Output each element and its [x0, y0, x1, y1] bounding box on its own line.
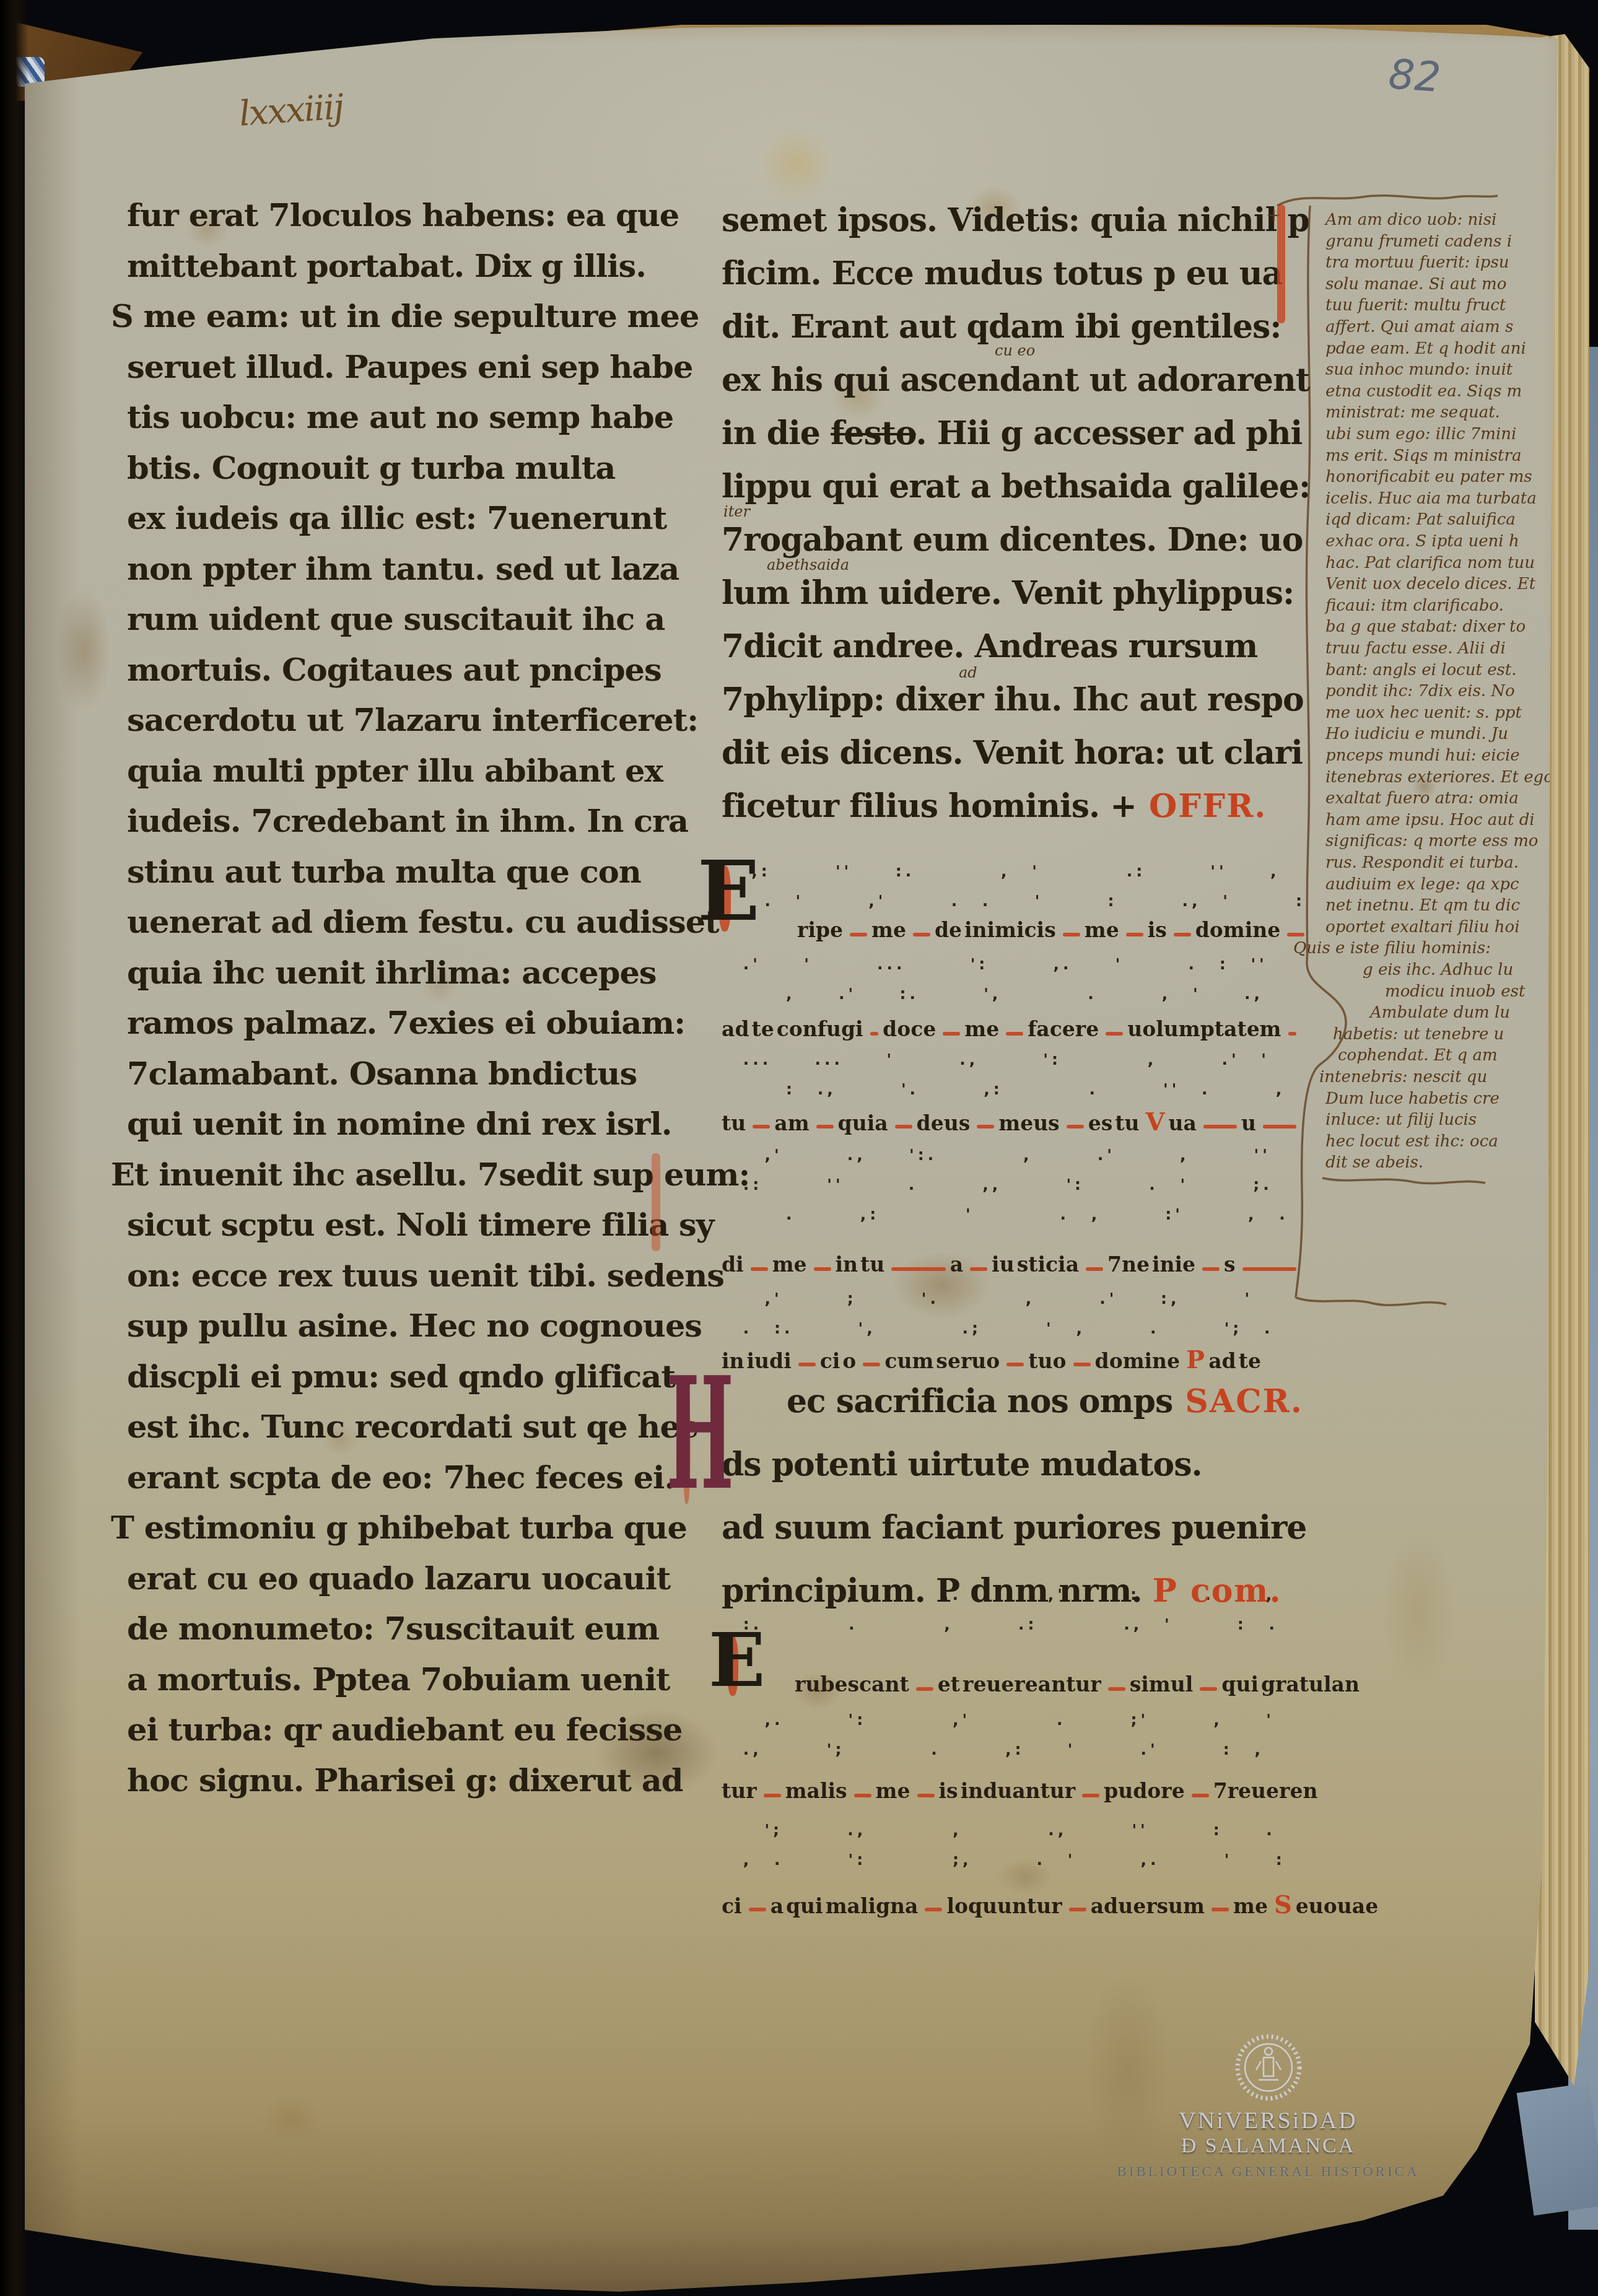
red-extender-line [1073, 1363, 1091, 1366]
red-extender-line [943, 1032, 960, 1036]
chant-rubric-letter: V [1146, 1107, 1165, 1137]
chant-word: iudi [747, 1349, 792, 1373]
neume-row: :. . , .: ., ' : . [722, 1615, 1301, 1645]
gloss-line: Venit uox decelo dices. Et [1325, 575, 1535, 593]
chant-word: pudore [1104, 1779, 1185, 1803]
text-run: ex his qui ascendant ut adorarent [722, 361, 1310, 399]
red-extender-line [1069, 1908, 1086, 1911]
interlinear-gloss: abethsaida [767, 556, 849, 574]
chant-word: o [842, 1349, 856, 1373]
gospel-line-left: de monumeto: 7suscitauit eum [127, 1610, 659, 1648]
chant-text-line: iniudiciocumseruotuodominePadte [722, 1345, 1301, 1374]
gloss-line: significas: q morte ess mo [1325, 832, 1539, 850]
chant-word: a [950, 1252, 963, 1277]
chant-word: me [1233, 1894, 1268, 1918]
watermark-line2: Ð SALAMANCA [1109, 2134, 1428, 2158]
communion-system: ,. ': ,' . ;' , ' ., '; . ,: ' .' : , tu… [722, 1711, 1301, 1803]
gospel-line-left: on: ecce rex tuus uenit tibi. sedens [127, 1257, 724, 1294]
gospel-line-left: sicut scptu est. Noli timere filia sy [127, 1207, 714, 1244]
chant-text-line: ciaquimalignaloquunturaduersummeSeuouae [722, 1890, 1301, 1919]
stain-spot [56, 588, 111, 712]
chant-word: qui [1221, 1672, 1259, 1696]
gloss-line: modicu inuob est [1385, 982, 1525, 1001]
stain-spot [1381, 1530, 1456, 1691]
chant-word: tuo [1028, 1349, 1066, 1373]
chant-word: ua [1169, 1111, 1197, 1135]
offertory-system: ,' ; '. , .' :, ' . :. ', .; ' , . '; . … [722, 1290, 1301, 1374]
red-extender-line [970, 1267, 987, 1271]
chant-word: confugi [777, 1017, 863, 1041]
decorated-initial-H: H [666, 1368, 734, 1501]
gloss-line: Am am dico uob: nisi [1325, 211, 1496, 229]
chant-word: u [1241, 1111, 1256, 1135]
gospel-line-left: T estimoniu g phibebat turba que [111, 1509, 687, 1547]
neume-row: ,' ; '. , .' :, ' [722, 1290, 1301, 1319]
folio-number-pencil: 82 [1387, 50, 1442, 102]
red-extender-line [753, 1125, 770, 1128]
red-extender-line [1288, 1032, 1296, 1036]
red-extender-line [816, 1125, 834, 1128]
chant-word: quia [838, 1111, 888, 1135]
manuscript-photo: lxxxiiij 82 fur erat 7loculos habens: ea… [0, 0, 1598, 2296]
gloss-line: ministrat: me sequat. [1325, 403, 1500, 422]
chant-word: uolumptatem [1127, 1017, 1281, 1041]
text-run: dit eis dicens. Venit hora: ut clari [722, 734, 1303, 772]
gloss-line: etna custodit ea. Siqs m [1325, 382, 1522, 401]
chant-word: qui [786, 1894, 823, 1918]
neume-row: ... ... ' ., ': , .' ' [722, 1050, 1301, 1080]
decorated-initial-E: E [697, 857, 760, 927]
gospel-line-left: btis. Cognouit g turba multa [127, 450, 615, 487]
chant-word: a [771, 1894, 784, 1918]
chant-word: aduersum [1091, 1894, 1205, 1918]
chant-word: induantur [961, 1779, 1076, 1803]
gospel-line-left: 7clamabant. Osanna bndictus [127, 1055, 637, 1093]
chant-word: tu [722, 1111, 746, 1135]
red-extender-line [1212, 1908, 1229, 1911]
gospel-line-left: sup pullu asine. Hec no cognoues [127, 1307, 702, 1345]
stain-spot [260, 2093, 322, 2143]
gospel-line-left: sacerdotu ut 7lazaru interficeret: [127, 702, 698, 739]
gospel-line-left: uenerat ad diem festu. cu audisset [127, 904, 719, 941]
gloss-line: pdae eam. Et q hodit ani [1325, 339, 1526, 358]
text-run: ad suum faciant puriores puenire [722, 1509, 1306, 1547]
chant-word: facere [1028, 1017, 1099, 1041]
gospel-line-left: ramos palmaz. 7exies ei obuiam: [127, 1005, 685, 1042]
chant-word: am [774, 1111, 809, 1135]
text-run: semet ipsos. Videtis: quia nichil p [722, 201, 1309, 239]
offertory-system: .' ' ... ': ,. ' . : '' , .' :. ', . , '… [722, 955, 1301, 1041]
text-run: ds potenti uirtute mudatos. [722, 1446, 1202, 1483]
chant-text-line: rubescantetreuereantursimulquigratulan [795, 1672, 1301, 1696]
red-extender-line [1242, 1267, 1296, 1271]
gospel-line-main: ex his qui ascendant ut adorarent [722, 361, 1310, 399]
chant-word: reuereantur [963, 1672, 1101, 1696]
neume-row: : ., '. ,: . '' . , [722, 1080, 1301, 1110]
gospel-line-left: stinu aut turba multa que con [127, 853, 641, 891]
communion-system: '; ., , ., '' : . , . ': ;, . ' ,. ' : c… [722, 1821, 1301, 1919]
chant-word: deus [917, 1111, 971, 1135]
gloss-line: oportet exaltari filiu hoi [1325, 918, 1519, 936]
gloss-line: ms erit. Siqs m ministra [1325, 447, 1521, 465]
text-run: dit. Erant aut qdam ibi gentiles: [722, 308, 1281, 346]
gospel-line-left: mittebant portabat. Dix g illis. [127, 248, 646, 285]
gospel-line-left: quia multi ppter illu abibant ex [127, 753, 663, 790]
gospel-line-left: non ppter ihm tantu. sed ut laza [127, 551, 679, 588]
chant-rubric-letter: P [1186, 1345, 1205, 1374]
red-extender-line [977, 1125, 994, 1128]
red-extender-line [917, 1794, 935, 1797]
chant-word: 7reueren [1213, 1779, 1318, 1803]
chant-word: gratulan [1261, 1672, 1360, 1696]
gloss-line: cophendat. Et q am [1338, 1046, 1498, 1065]
text-run: 7dicit andree. Andreas rursum [722, 627, 1257, 665]
red-extender-line [1126, 933, 1143, 936]
gloss-line: hac. Pat clarifica nom tuu [1325, 554, 1535, 572]
offertory-system: ... ... ' ., ': , .' ' : ., '. ,: . '' .… [722, 1050, 1301, 1137]
chant-word: ci [820, 1349, 840, 1373]
chant-word: et [938, 1672, 960, 1696]
chant-word: inie [1152, 1252, 1195, 1277]
gloss-line: exhac ora. S ipta ueni h [1325, 532, 1519, 551]
red-extender-line [1192, 1794, 1209, 1797]
red-extender-line [749, 1908, 766, 1911]
red-offset-smudge [652, 1153, 660, 1251]
gospel-line-left: tis uobcu: me aut no semp habe [127, 399, 673, 436]
gloss-line: ubi sum ego: illic 7mini [1325, 425, 1516, 443]
chant-word: malis [785, 1779, 847, 1803]
rubric-red-text: SACR. [1172, 1382, 1303, 1420]
red-extender-line [925, 1908, 942, 1911]
gloss-line: ficaui: itm clarificabo. [1325, 596, 1504, 615]
gloss-line: solu manae. Si aut mo [1325, 275, 1506, 294]
gloss-line: Quis e iste filiu hominis: [1293, 939, 1491, 958]
gloss-line: dit se abeis. [1325, 1153, 1423, 1172]
red-extender-line [854, 1794, 871, 1797]
gloss-line: honorificabit eu pater ms [1325, 468, 1532, 486]
gospel-line-main: in die festo. Hii g accesser ad phi [722, 414, 1302, 452]
gospel-line-left: discpli ei pmu: sed qndo glificat [127, 1358, 675, 1395]
lection-red-stroke [1277, 204, 1285, 323]
gloss-line: iqd dicam: Pat saluifica [1325, 510, 1516, 529]
gloss-line: ba g que stabat: dixer to [1325, 618, 1526, 636]
neume-row: ., '; . ,: ' .' : , [722, 1740, 1301, 1770]
neume-row: ,. ': ,' . ;' , ' [722, 1711, 1301, 1740]
gospel-line-main: semet ipsos. Videtis: quia nichil p [722, 201, 1309, 239]
stain-spot [1084, 1970, 1171, 2168]
gloss-line: Ho iudiciu e mundi. Ju [1325, 725, 1508, 743]
gloss-line: inluce: ut filij lucis [1325, 1111, 1477, 1129]
gospel-line-left: quia ihc uenit ihrlima: accepes [127, 954, 657, 992]
rubric-red-text: OFFR. [1137, 787, 1267, 825]
neume-row: ,' ., ':. , .' , '' [722, 1146, 1301, 1176]
chant-word: s [1224, 1252, 1236, 1277]
offertory-system: ' ,: '' :. , ' .: '' , . ' ,' . . ' : .,… [722, 862, 1301, 942]
gloss-line: net inetnu. Et qm tu dic [1325, 896, 1520, 915]
chant-word: maligna [826, 1894, 919, 1918]
gospel-line-left: iudeis. 7credebant in ihm. In cra [127, 803, 688, 840]
gloss-line: bant: angls ei locut est. [1325, 661, 1517, 679]
interlinear-gloss: iter [723, 503, 750, 520]
gospel-line-main: 7phylipp: dixer ihu. Ihc aut respo [722, 681, 1304, 718]
neume-row: . ' ,' . . ' : ., ' :. [722, 892, 1301, 922]
chant-word: te [1239, 1349, 1261, 1373]
gloss-line: affert. Qui amat aiam s [1325, 318, 1513, 336]
chant-word: is [939, 1779, 958, 1803]
red-extender-line [1200, 1687, 1217, 1691]
gloss-line: itenebras exteriores. Et ego [1325, 768, 1553, 787]
gloss-line: g eis ihc. Adhuc lu [1363, 961, 1513, 979]
gospel-line-left: rum uident que suscitauit ihc a [127, 601, 665, 638]
neume-row: . ,: ' . , :' , . [722, 1205, 1301, 1235]
chant-word: 7ne [1107, 1252, 1150, 1277]
chant-word: es [1088, 1111, 1113, 1135]
text-run: 7phylipp: dixer ihu. Ihc aut respo [722, 681, 1304, 718]
text-run: ficim. Ecce mudus totus p eu ua [722, 255, 1282, 292]
chant-text-line: adteconfugidocemefacereuolumptatem [722, 1017, 1301, 1041]
interlinear-gloss: cu eo [995, 342, 1035, 359]
watermark-library-line: BIBLIOTECA GENERAL HISTÓRICA [1109, 2164, 1428, 2180]
gospel-line-left: erat cu eo quado lazaru uocauit [127, 1560, 670, 1597]
red-extender-line [1106, 1032, 1123, 1036]
rubric-red-text: P com. [1153, 1572, 1282, 1610]
red-extender-line [850, 933, 867, 936]
gloss-line: Ambulate dum lu [1370, 1003, 1510, 1022]
neume-row: .' ' ... ': ,. ' . : '' [722, 955, 1301, 985]
text-run: ficetur filius hominis. + [722, 787, 1137, 825]
red-extender-line [1263, 1125, 1296, 1128]
gospel-line-main: 7dicit andree. Andreas rursum [722, 627, 1257, 665]
chant-word: tu [860, 1252, 884, 1277]
chant-word: tur [722, 1779, 757, 1803]
red-extender-line [798, 1363, 816, 1366]
chant-word: domine [1095, 1349, 1181, 1373]
red-extender-line [1063, 933, 1080, 936]
chant-word: ci [722, 1894, 742, 1918]
text-run: ec sacrificia nos omps [787, 1382, 1172, 1420]
red-extender-line [1086, 1267, 1103, 1271]
gospel-line-left: est ihc. Tunc recordati sut qe hec [127, 1408, 698, 1446]
gospel-line-left: seruet illud. Paupes eni sep habe [127, 349, 692, 386]
chant-word: in [836, 1252, 858, 1277]
red-extender-line [870, 1032, 878, 1036]
gospel-line-left: a mortuis. Pptea 7obuiam uenit [127, 1661, 670, 1698]
gospel-line-main: lippu qui erat a bethsaida galilee: [722, 468, 1310, 505]
neume-row: .: '' . ,, ': . ' ;. [722, 1176, 1301, 1205]
gospel-line-left: erant scpta de eo: 7hec feces ei. [127, 1459, 675, 1496]
gospel-line-main: ficim. Ecce mudus totus p eu ua [722, 255, 1282, 292]
text-run: 7rogabant eum dicentes. Dne: uo [722, 521, 1303, 559]
gospel-line-main: lum ihm uidere. Venit phylippus: [722, 574, 1294, 612]
gospel-line-left: S me eam: ut in die sepulture mee [111, 298, 699, 335]
gloss-line: sua inhoc mundo: inuit [1325, 360, 1513, 379]
neume-row: , .' :. ', . , ' ., : [722, 985, 1301, 1015]
prayer-line: ds potenti uirtute mudatos. [722, 1446, 1202, 1483]
gospel-line-left: hoc signu. Pharisei g: dixerut ad [127, 1762, 683, 1799]
red-extender-line [863, 1363, 880, 1366]
text-run: lum ihm uidere. Venit phylippus: [722, 574, 1294, 612]
red-extender-line [814, 1267, 831, 1271]
red-extender-line [751, 1267, 768, 1271]
red-extender-line [1082, 1794, 1099, 1797]
red-extender-line [1067, 1125, 1084, 1128]
gospel-line-main: dit. Erant aut qdam ibi gentiles: [722, 308, 1281, 346]
red-extender-line [1203, 1125, 1237, 1128]
chant-text-line: turmalismeisinduanturpudore7reueren [722, 1779, 1301, 1803]
chant-word: loquuntur [946, 1894, 1062, 1918]
gloss-line: hec locut est ihc: oca [1325, 1132, 1498, 1151]
gloss-line: ham ame ipsu. Hoc aut di [1325, 811, 1535, 829]
gospel-line-left: fur erat 7loculos habens: ea que [127, 197, 679, 234]
gloss-line: intenebris: nescit qu [1319, 1068, 1487, 1086]
table-background-corner [1517, 2083, 1598, 2215]
red-extender-line [1006, 1032, 1023, 1036]
gloss-line: exaltat fuero atra: omia [1325, 789, 1519, 808]
stain-spot [759, 127, 833, 201]
chant-word: iu [992, 1252, 1015, 1277]
gloss-line: tuu fuerit: multu fruct [1325, 296, 1506, 315]
gloss-line: truu factu esse. Alii di [1325, 639, 1506, 658]
gospel-line-left: qui uenit in nomine dni rex isrl. [127, 1106, 672, 1143]
neume-row: '; ., , ., '' : . [722, 1821, 1301, 1851]
chant-word: me [876, 1779, 910, 1803]
chant-word: di [722, 1252, 744, 1277]
red-extender-line [913, 933, 930, 936]
library-watermark: VNiVERSiDAD Ð SALAMANCA BIBLIOTECA GENER… [1109, 2033, 1428, 2180]
red-extender-line [1108, 1687, 1125, 1691]
gloss-line: granu frumeti cadens i [1325, 232, 1512, 251]
gloss-line: pondit ihc: 7dix eis. No [1325, 682, 1515, 701]
gospel-line-main: ficetur filius hominis. + OFFR. [722, 787, 1267, 825]
neume-row: ' ,: '' :. , ' .: '' , [722, 862, 1301, 892]
gloss-line: rus. Respondit ei turba. [1325, 853, 1519, 872]
chant-word: tu [1115, 1111, 1139, 1135]
text-run: principium. P dnm nrm. [722, 1572, 1153, 1610]
quire-number: lxxxiiij [238, 87, 344, 134]
prayer-line: principium. P dnm nrm. P com. [722, 1572, 1282, 1610]
gloss-line: pnceps mundi hui: eicie [1325, 746, 1520, 765]
chant-text-line: tuamquiadeusmeusestuVuau [722, 1107, 1301, 1137]
gospel-line-left: ex iudeis qa illic est: 7uenerunt [127, 500, 666, 537]
chant-word: sticia [1017, 1252, 1079, 1277]
chant-word: doce [883, 1017, 936, 1041]
chant-word: seruo [936, 1349, 1000, 1373]
red-extender-line [764, 1794, 781, 1797]
text-run: in die [722, 414, 831, 452]
interlinear-gloss: ad [959, 664, 977, 681]
chant-word: me [964, 1017, 999, 1041]
gospel-line-main: dit eis dicens. Venit hora: ut clari [722, 734, 1303, 772]
chant-word: ad [1208, 1349, 1236, 1373]
red-extender-line [1202, 1267, 1220, 1271]
prayer-line: ec sacrificia nos omps SACR. [787, 1382, 1303, 1420]
neume-row: , . ': ;, . ' ,. ' : [722, 1851, 1301, 1880]
parchment-page: lxxxiiij 82 fur erat 7loculos habens: ea… [0, 0, 1598, 2296]
red-extender-line [1174, 933, 1191, 936]
watermark-line1: VNiVERSiDAD [1109, 2107, 1428, 2134]
text-run: lippu qui erat a bethsaida galilee: [722, 468, 1310, 505]
text-run: . Hii g accesser ad phi [916, 414, 1303, 452]
neume-row: . :. ', .; ' , . '; . [722, 1319, 1301, 1349]
red-extender-line [891, 1267, 945, 1271]
gloss-line: habetis: ut tenebre u [1333, 1025, 1504, 1044]
chant-word: euouae [1296, 1894, 1378, 1918]
prayer-line: ad suum faciant puriores puenire [722, 1509, 1306, 1547]
chant-text-line: dimeintuaiusticia7neinies [722, 1252, 1301, 1277]
red-extender-line [1287, 933, 1304, 936]
offertory-system: ,' ., ':. , .' , '' .: '' . ,, ': . ' ;.… [722, 1146, 1301, 1277]
chant-word: ad [722, 1017, 749, 1041]
chant-word: rubescant [795, 1672, 909, 1696]
chant-word: te [751, 1017, 774, 1041]
chant-word: me [772, 1252, 807, 1277]
gospel-line-left: mortuis. Cogitaues aut pncipes [127, 652, 661, 689]
gloss-line: audiuim ex lege: qa xpc [1325, 875, 1519, 894]
gospel-line-main: 7rogabant eum dicentes. Dne: uo [722, 521, 1303, 559]
chant-word: simul [1130, 1672, 1194, 1696]
red-extender-line [916, 1687, 933, 1691]
gloss-line: me uox hec uenit: s. ppt [1325, 704, 1522, 722]
expunged-text: festo [831, 414, 916, 452]
university-seal-icon [1234, 2033, 1303, 2102]
red-extender-line [1006, 1363, 1024, 1366]
gospel-line-left: ei turba: qr audiebant eu fecisse [127, 1711, 682, 1748]
chant-word: meus [998, 1111, 1059, 1135]
gloss-line: tra mortuu fuerit: ipsu [1325, 253, 1509, 272]
chant-rubric-letter: S [1274, 1890, 1292, 1919]
gloss-line: icelis. Huc aia ma turbata [1325, 489, 1537, 508]
gloss-line: Dum luce habetis cre [1325, 1089, 1500, 1108]
decorated-initial-E2: E [709, 1629, 765, 1693]
gutter-shadow [0, 0, 28, 2296]
red-extender-line [895, 1125, 912, 1128]
chant-word: cum [884, 1349, 933, 1373]
